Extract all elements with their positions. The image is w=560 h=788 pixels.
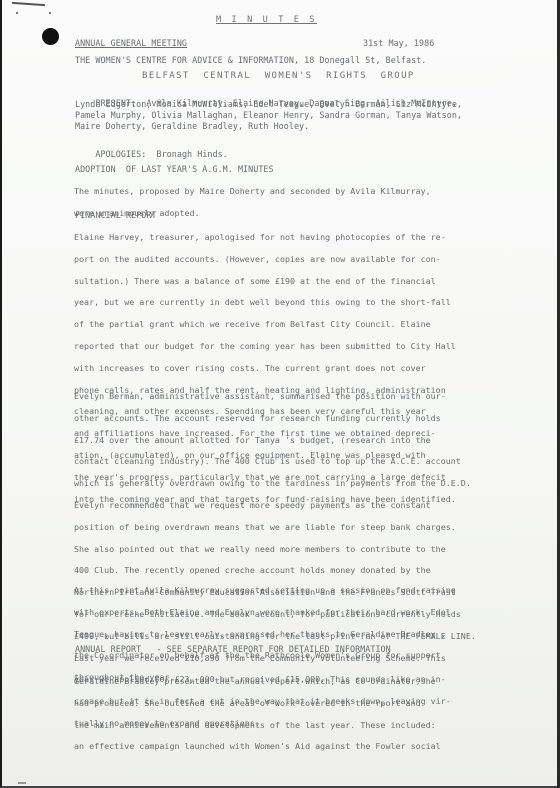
text-line: with increases to cover rising costs. Th… — [74, 363, 514, 374]
meeting-type: ANNUAL GENERAL MEETING — [75, 38, 187, 48]
scan-artifact-dot — [49, 12, 51, 14]
text-line: Evelyn recommended that we request more … — [74, 500, 514, 511]
text-line: an effective campaign launched with Wome… — [74, 741, 514, 752]
text-line: year, but we are currently in debt well … — [74, 297, 514, 308]
meeting-venue: THE WOMEN'S CENTRE FOR ADVICE & INFORMAT… — [75, 55, 426, 65]
present-line: Lynda Edgerton, Monica McWilliams, Edel … — [75, 99, 462, 109]
text-line: reported that our budget for the coming … — [74, 341, 514, 352]
text-line: Elaine Harvey, treasurer, apologised for… — [74, 232, 514, 243]
present-line: Pamela Murphy, Olivia Mallaghan, Eleanor… — [75, 110, 462, 120]
text-line: Teague, having to leave early, expressed… — [74, 629, 514, 640]
text-line: Evelyn Berman, administrative assistant,… — [74, 391, 514, 402]
text-line: port on the audited accounts. (However, … — [74, 254, 514, 265]
text-line: position of being overdrawn means that w… — [74, 522, 514, 533]
apologies-text: Bronagh Hinds. — [156, 149, 227, 159]
scan-artifact-line — [12, 2, 45, 6]
scanned-page: M I N U T E S ANNUAL GENERAL MEETING 31s… — [0, 0, 558, 788]
meeting-date: 31st May, 1986 — [363, 38, 434, 48]
text-line: sultation.) There was a balance of some … — [74, 276, 514, 287]
text-line: She also pointed out that we really need… — [74, 544, 514, 555]
text-line: other accounts. The account reserved for… — [74, 413, 514, 424]
text-line: £17.74 over the amount allotted for Tany… — [74, 435, 514, 446]
text-line: Geraldine Bradley presented the annual r… — [74, 676, 514, 687]
text-line: had produced. She outlined the areas of … — [74, 698, 514, 709]
punch-hole — [42, 28, 59, 45]
scan-artifact-mark — [18, 782, 26, 784]
text-line: with experts. Both Elaine and Evelyn wer… — [74, 607, 514, 618]
text-line: contact cleaning industry). The 400 Club… — [74, 456, 514, 467]
document-title: M I N U T E S — [216, 15, 317, 25]
section-heading-annual-report: ANNUAL REPORT - SEE SEPARATE REPORT FOR … — [75, 644, 391, 654]
section-heading-adoption: ADOPTION OF LAST YEAR'S A.G.M. MINUTES — [75, 164, 274, 174]
text-line: The minutes, proposed by Maire Doherty a… — [74, 186, 514, 197]
section-heading-financial: FINANCIAL REPORT — [75, 210, 156, 220]
scan-artifact-dot — [16, 12, 18, 14]
group-name: BELFAST CENTRAL WOMEN'S RIGHTS GROUP — [142, 71, 415, 81]
apologies-label: APOLOGIES: — [95, 149, 146, 159]
text-line: the main achievements and developments o… — [74, 720, 514, 731]
text-line: which is generally overdrawn owing to th… — [74, 478, 514, 489]
text-line: At this point Avila Kilmurray suggested … — [74, 585, 514, 596]
annual-report-paragraph: Geraldine Bradley presented the annual r… — [74, 665, 514, 763]
present-line: Maire Doherty, Geraldine Bradley, Ruth H… — [75, 121, 309, 131]
text-line: of the partial grant which we receive fr… — [74, 319, 514, 330]
